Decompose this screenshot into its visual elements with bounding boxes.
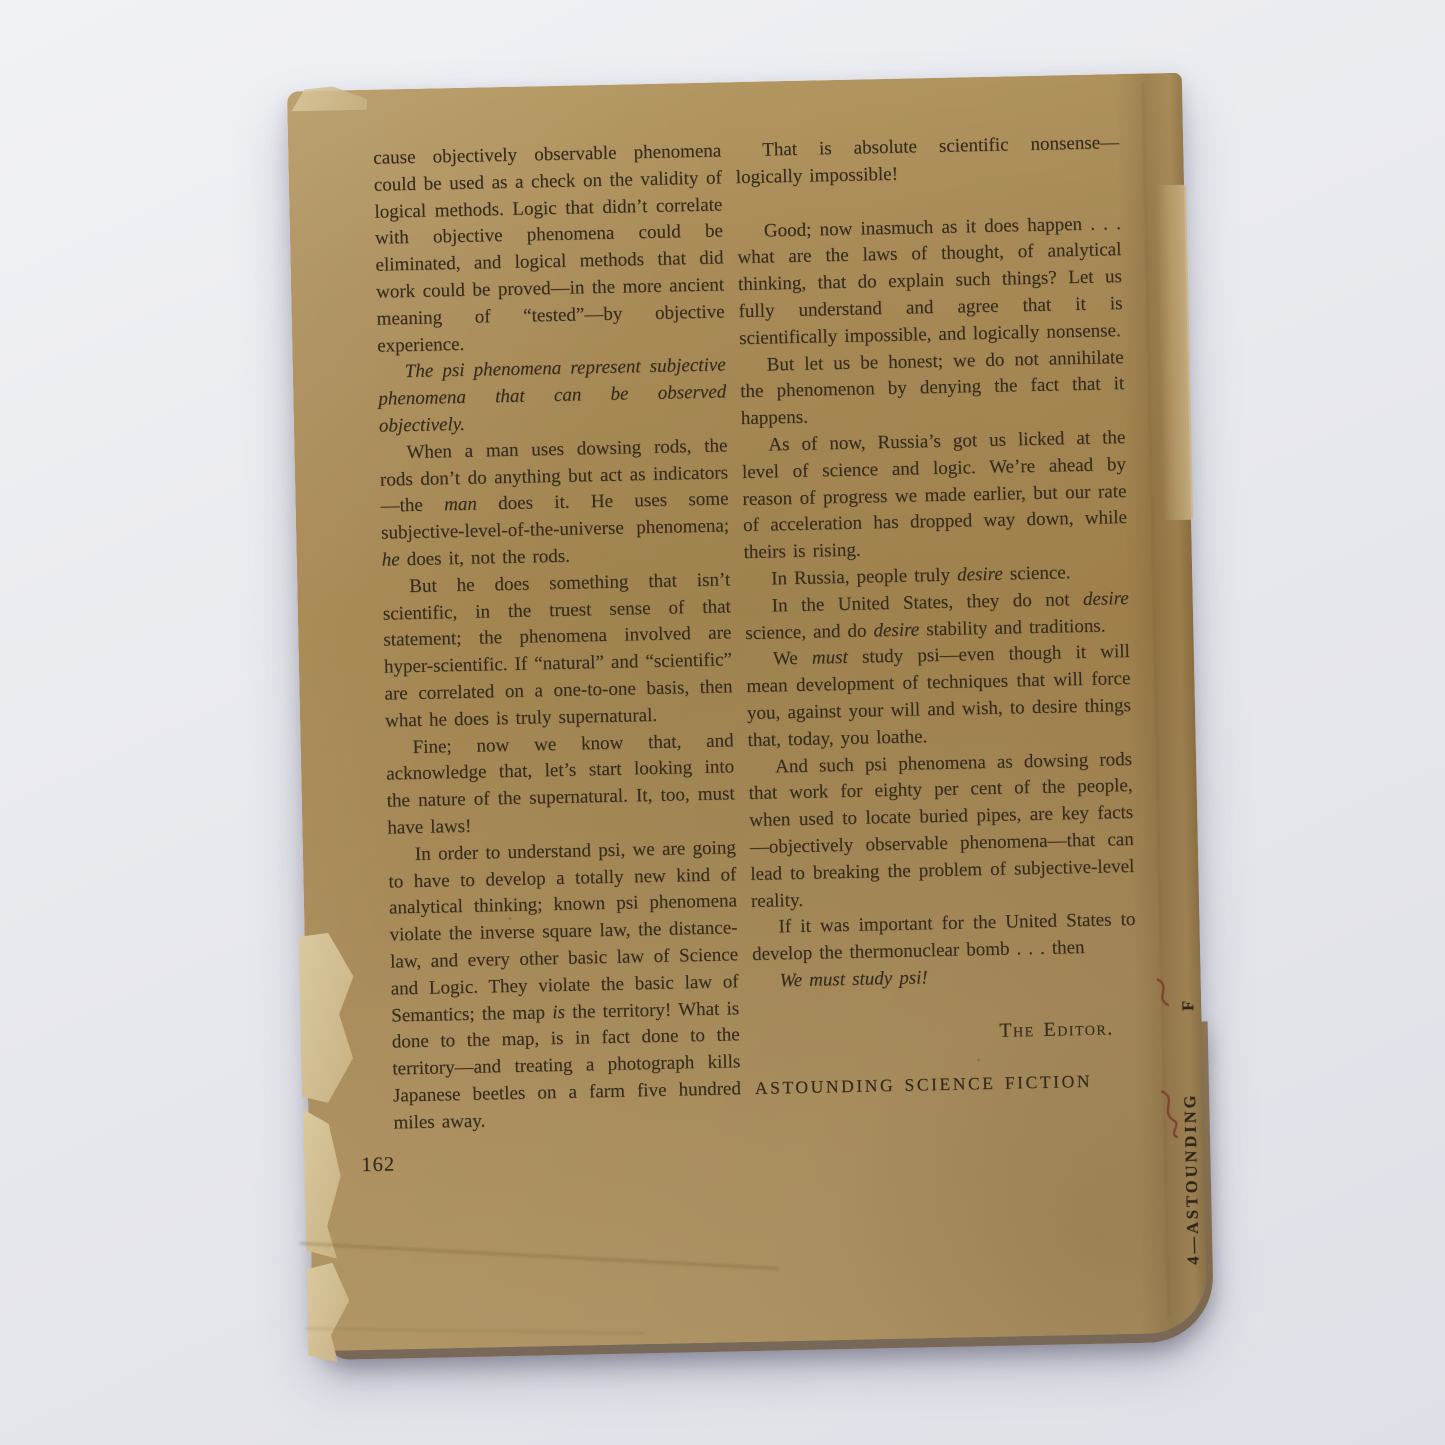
paragraph: The psi phenomena represent subjective p… [378, 353, 728, 441]
right-column-text: That is absolute scientific nonsense—log… [735, 130, 1137, 996]
paragraph: That is absolute scientific nonsense—log… [735, 130, 1120, 192]
paragraph: If it was important for the United State… [751, 907, 1136, 969]
paragraph: We must study psi—even though it will me… [746, 639, 1132, 754]
book: cause objectively observable phenomena c… [287, 73, 1208, 1351]
paragraph: But let us be honest; we do not annihila… [739, 345, 1125, 433]
left-column: cause objectively observable phenomena c… [373, 138, 746, 1323]
running-footer: ASTOUNDING SCIENCE FICTION [755, 1066, 1139, 1101]
paragraph: When a man uses dowsing rods, the rods d… [379, 433, 730, 574]
paragraph: And such psi phenomena as dowsing rods t… [748, 746, 1135, 915]
spine-tape-repair [1156, 185, 1193, 521]
spine-stamp-text: 4—ASTOUNDING [1180, 1092, 1204, 1265]
spine-stamp-letter: F [1178, 998, 1198, 1012]
page-number: 162 [361, 1145, 742, 1180]
paragraph: But he does something that isn’t scienti… [382, 567, 733, 735]
photo-of-magazine-page: { "image_type": "photograph of an aged m… [0, 0, 1445, 1445]
text-columns: cause objectively observable phenomena c… [373, 130, 1144, 1323]
right-column: That is absolute scientific nonsense—log… [735, 130, 1144, 1316]
paragraph: As of now, Russia’s got us licked at the… [741, 425, 1128, 567]
paragraph: cause objectively observable phenomena c… [373, 138, 725, 360]
paragraph: In order to understand psi, we are going… [388, 835, 742, 1137]
left-column-text: cause objectively observable phenomena c… [373, 138, 742, 1137]
paragraph: Fine; now we know that, and acknowledge … [385, 728, 735, 842]
paragraph: Good; now inasmuch as it does happen . .… [737, 211, 1124, 353]
paragraph: In the United States, they do not desire… [745, 586, 1130, 648]
editor-signature: The Editor. [754, 1015, 1138, 1050]
